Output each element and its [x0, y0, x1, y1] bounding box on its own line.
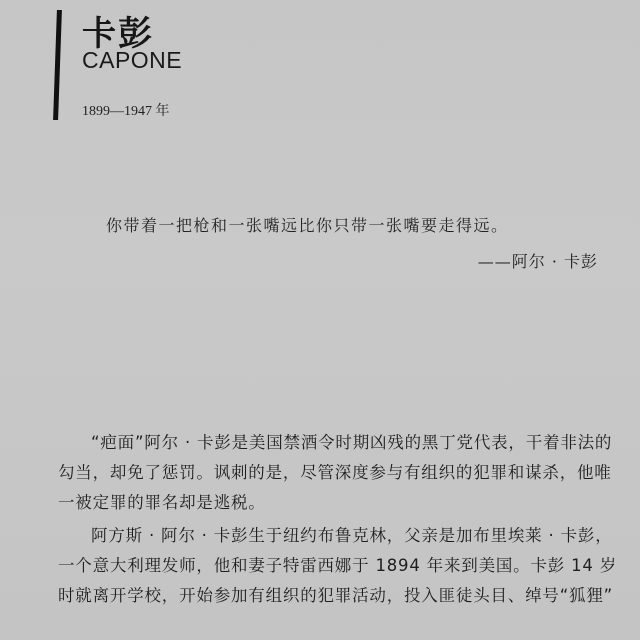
life-years: 1899—1947 年 — [82, 100, 170, 120]
body-text: “疤面”阿尔 · 卡彭是美国禁酒令时期凶残的黑丁党代表，干着非法的勾当，却免了惩… — [58, 428, 628, 611]
epigraph-quote: 你带着一把枪和一张嘴远比你只带一张嘴要走得远。 — [106, 213, 509, 236]
title-accent-bar — [53, 10, 62, 120]
body-paragraph-2: 阿方斯 · 阿尔 · 卡彭生于纽约布鲁克林，父亲是加布里埃莱 · 卡彭，一个意大… — [58, 521, 628, 611]
chapter-title-english: CAPONE — [82, 47, 182, 74]
body-paragraph-1: “疤面”阿尔 · 卡彭是美国禁酒令时期凶残的黑丁党代表，干着非法的勾当，却免了惩… — [58, 428, 628, 518]
epigraph-attribution: ——阿尔 · 卡彭 — [478, 249, 598, 272]
